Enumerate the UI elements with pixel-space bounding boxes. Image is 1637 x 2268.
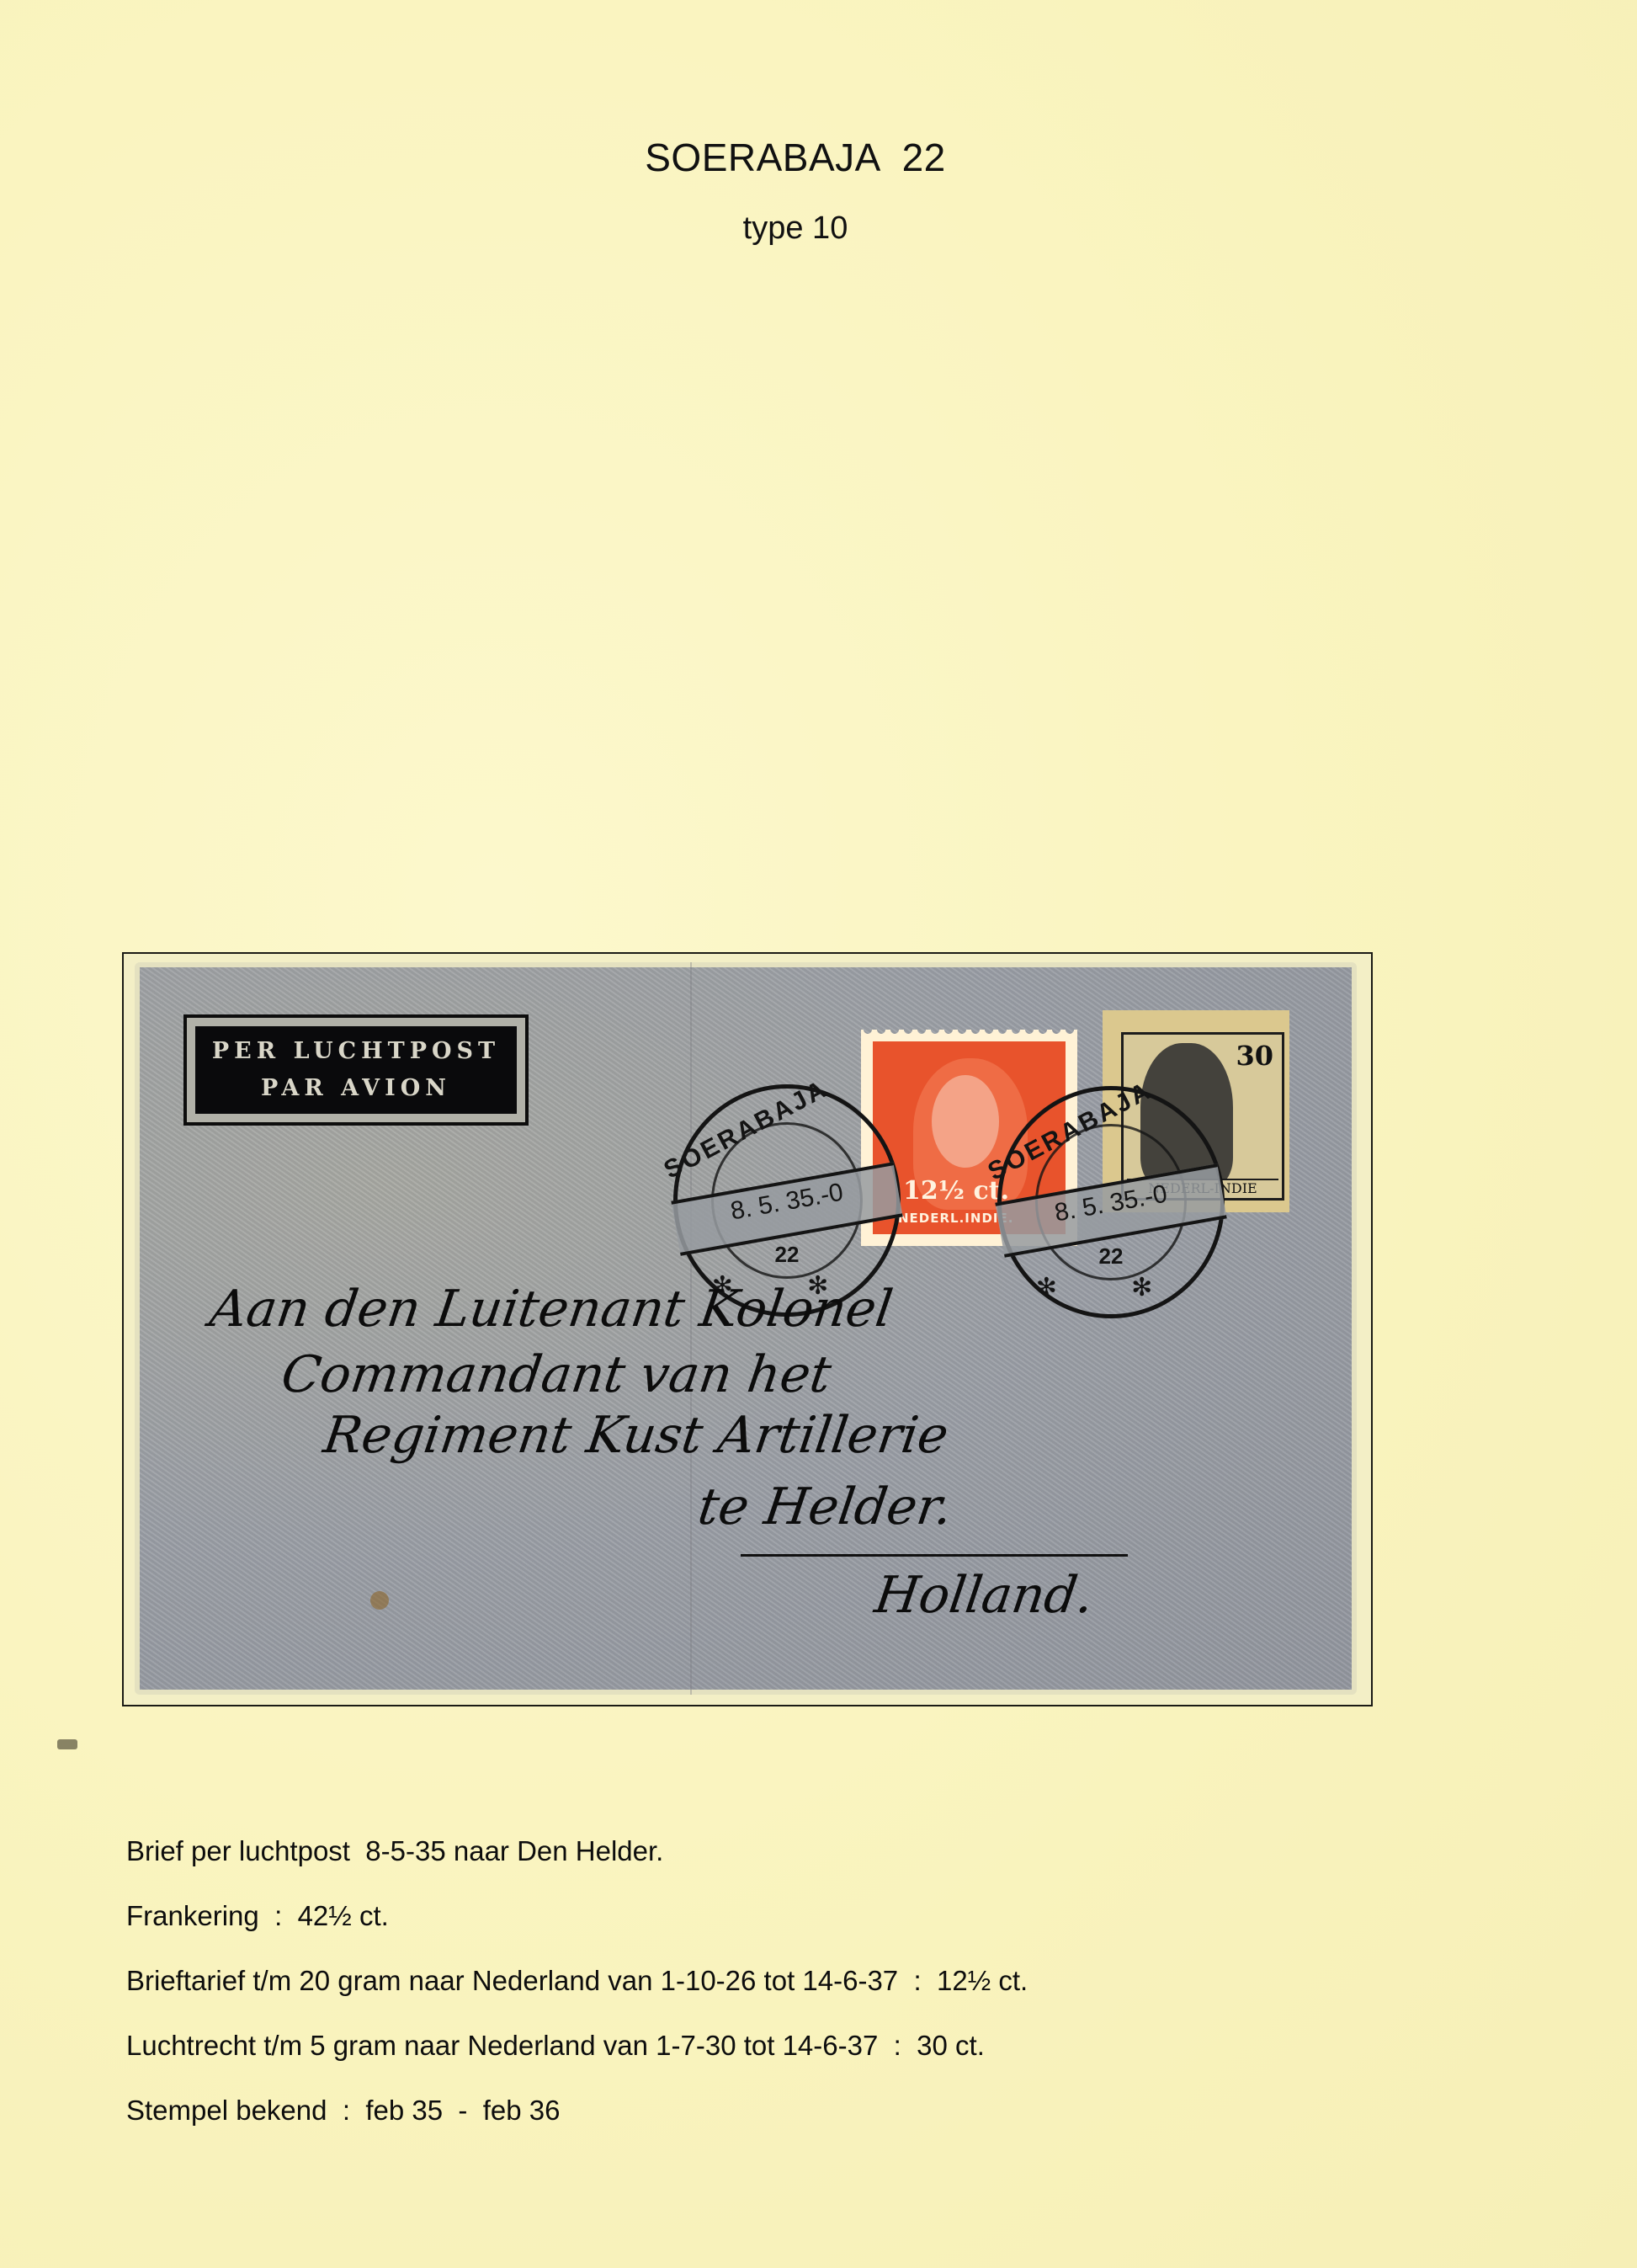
address-line-4: te Helder. (694, 1477, 956, 1536)
address-underline (741, 1554, 1128, 1557)
postmark-soerabaja-2: SOERABAJA 8. 5. 35.-0 22 ✻ ✻ (997, 1086, 1225, 1318)
description-line-franking: Frankering : 42½ ct. (126, 1900, 389, 1932)
page-smudge-mark (57, 1739, 77, 1749)
stamp-value: 30 (1236, 1040, 1273, 1072)
envelope-stain (370, 1591, 389, 1610)
address-line-3: Regiment Kust Artillerie (320, 1406, 952, 1465)
page-subtitle: type 10 (0, 210, 1591, 247)
address-line-5: Holland. (871, 1566, 1098, 1625)
description-line-airmail-fee: Luchtrecht t/m 5 gram naar Nederland van… (126, 2030, 985, 2062)
address-line-1: Aan den Luitenant Kolonel (206, 1280, 896, 1339)
address-line-2: Commandant van het (278, 1345, 835, 1404)
description-line-postmark-known: Stempel bekend : feb 35 - feb 36 (126, 2095, 561, 2127)
postmark-star-icons: ✻ ✻ (1002, 1273, 1220, 1302)
airmail-label-line2: PAR AVION (261, 1070, 451, 1107)
page-title: SOERABAJA 22 (0, 135, 1591, 180)
airmail-label: PER LUCHTPOST PAR AVION (183, 1014, 529, 1126)
description-line-letter-rate: Brieftarief t/m 20 gram naar Nederland v… (126, 1965, 1028, 1997)
description-line-letter: Brief per luchtpost 8-5-35 naar Den Held… (126, 1835, 663, 1867)
airmail-label-line1: PER LUCHTPOST (212, 1033, 500, 1070)
queen-face-icon (932, 1075, 999, 1168)
postmark-office-number: 22 (1002, 1243, 1220, 1270)
postmark-office-number: 22 (678, 1242, 896, 1268)
